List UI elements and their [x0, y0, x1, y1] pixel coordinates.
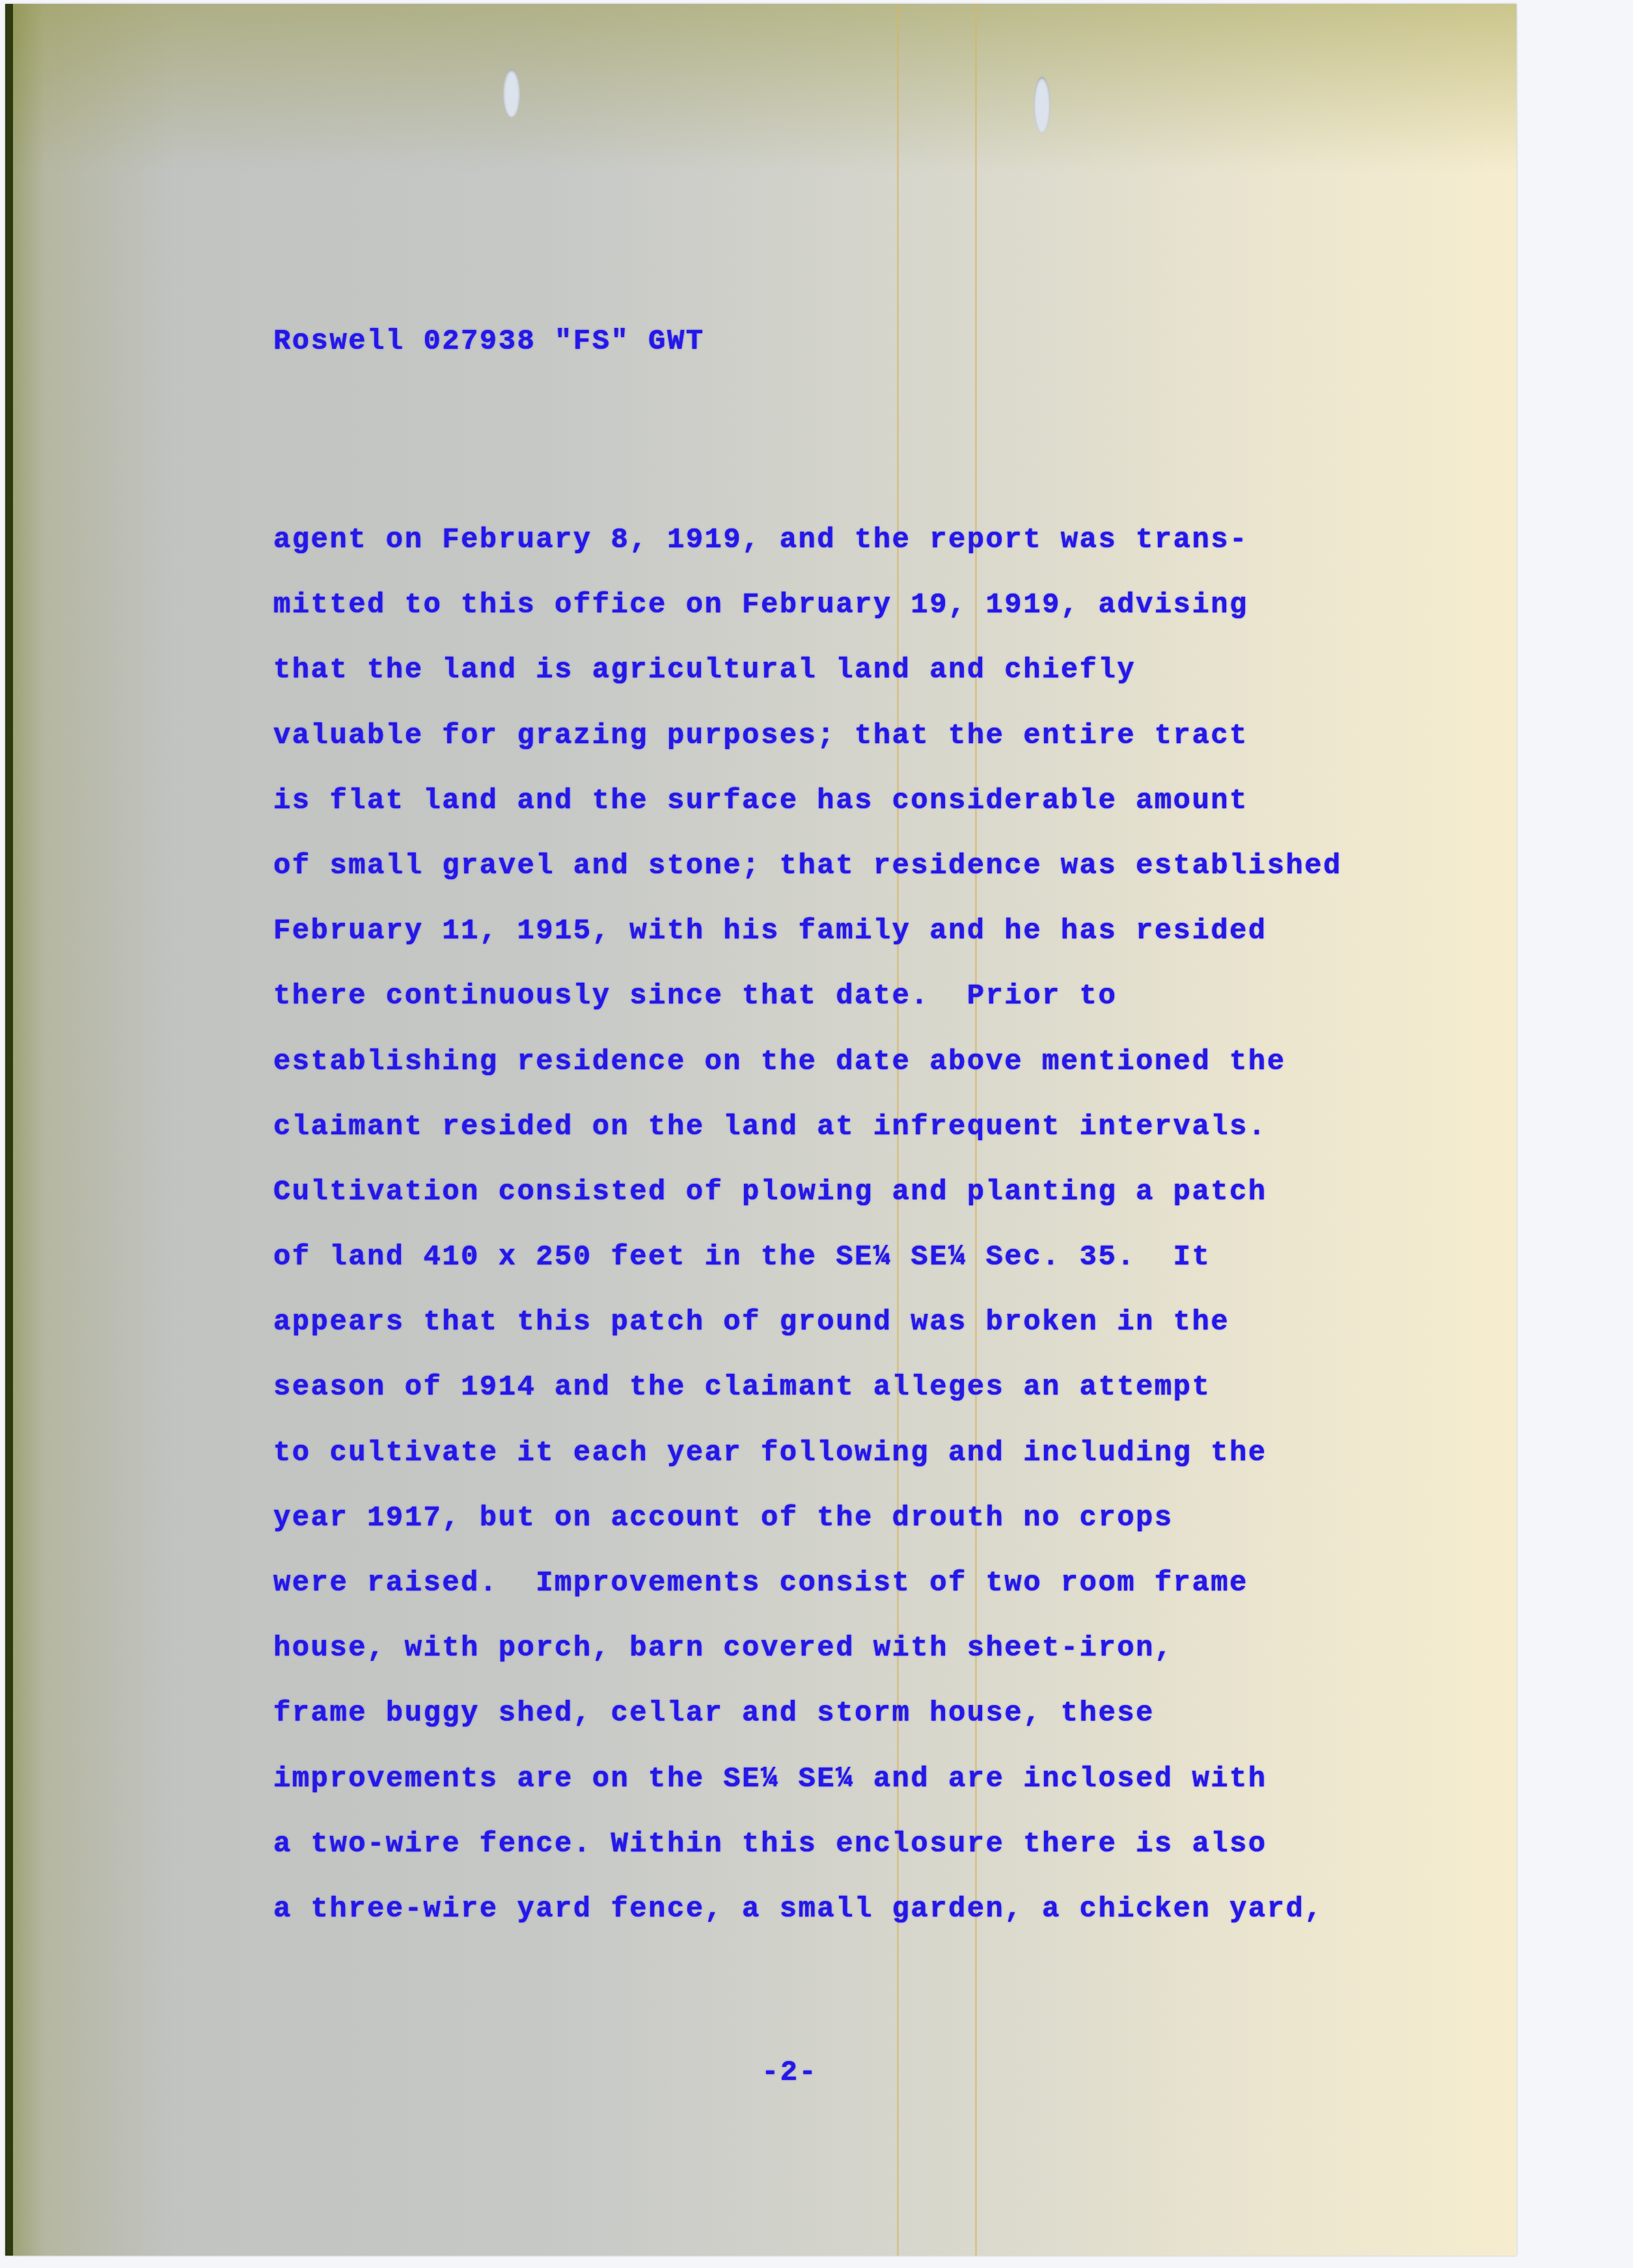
text-line: improvements are on the SE¼ SE¼ and are … — [273, 1760, 1342, 1825]
text-line: mitted to this office on February 19, 19… — [273, 586, 1342, 651]
text-line: agent on February 8, 1919, and the repor… — [273, 521, 1342, 586]
text-line: a two-wire fence. Within this enclosure … — [273, 1825, 1342, 1890]
text-line: February 11, 1915, with his family and h… — [273, 912, 1342, 977]
text-line: frame buggy shed, cellar and storm house… — [273, 1694, 1342, 1759]
punch-hole-right — [1034, 77, 1050, 133]
text-line: appears that this patch of ground was br… — [273, 1303, 1342, 1368]
text-line: house, with porch, barn covered with she… — [273, 1629, 1342, 1694]
text-line: is flat land and the surface has conside… — [273, 782, 1342, 847]
text-line: there continuously since that date. Prio… — [273, 977, 1342, 1042]
text-line: to cultivate it each year following and … — [273, 1434, 1342, 1499]
text-line: a three-wire yard fence, a small garden,… — [273, 1890, 1342, 1955]
text-line: Cultivation consisted of plowing and pla… — [273, 1173, 1342, 1238]
body-text: agent on February 8, 1919, and the repor… — [273, 521, 1342, 1955]
text-line: claimant resided on the land at infreque… — [273, 1108, 1342, 1173]
text-line: season of 1914 and the claimant alleges … — [273, 1368, 1342, 1433]
text-line: of small gravel and stone; that residenc… — [273, 847, 1342, 912]
file-reference-heading: Roswell 027938 "FS" GWT — [273, 325, 705, 358]
page-number: -2- — [762, 2056, 817, 2089]
text-line: that the land is agricultural land and c… — [273, 651, 1342, 716]
text-line: were raised. Improvements consist of two… — [273, 1564, 1342, 1629]
text-line: of land 410 x 250 feet in the SE¼ SE¼ Se… — [273, 1238, 1342, 1303]
text-line: valuable for grazing purposes; that the … — [273, 717, 1342, 782]
text-line: establishing residence on the date above… — [273, 1043, 1342, 1108]
text-line: year 1917, but on account of the drouth … — [273, 1499, 1342, 1564]
punch-hole-left — [503, 69, 520, 117]
